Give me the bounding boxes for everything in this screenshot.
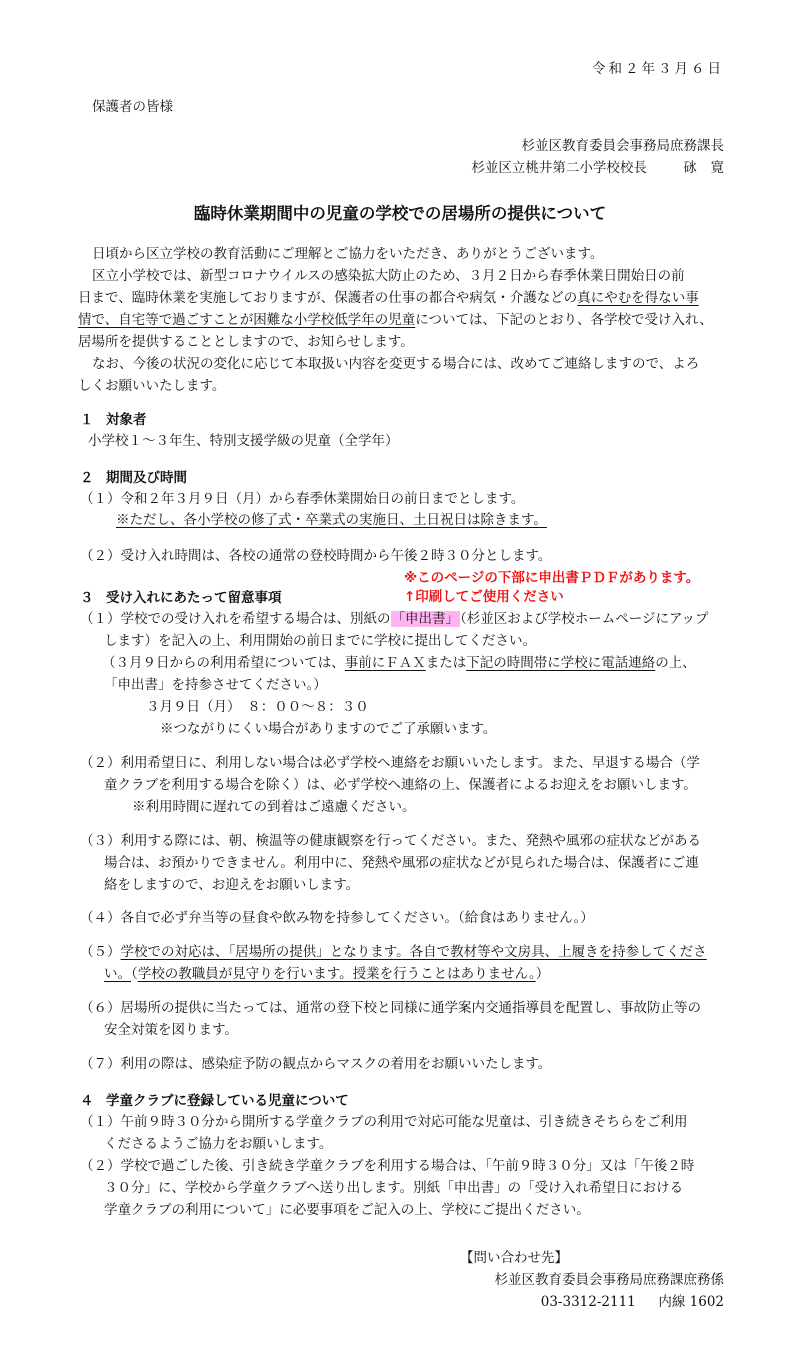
intro-paragraph-2-line-2: 日まで、臨時休業を実施しておりますが、保護者の仕事の都合や病気・介護などの真にや… (78, 287, 699, 309)
pdf-notice-line-2: ↑印刷してご使用ください (404, 586, 564, 608)
application-form-highlight: 「申出書」 (391, 611, 461, 627)
section-3-heading: ３受け入れにあたって留意事項 (80, 587, 282, 609)
section-title: 受け入れにあたって留意事項 (106, 590, 282, 606)
section-2-item-1-note: ※ただし、各小学校の修了式・卒業式の実施日、土日祝日は除きます。 (116, 509, 547, 531)
section-number: １ (80, 409, 106, 431)
item-underlined-text: い。 (104, 966, 131, 982)
section-number: ２ (80, 467, 106, 489)
section-3-item-6-line-1: （６）居場所の提供に当たっては、通常の登下校と同様に通学案内交通指導員を配置し、… (80, 997, 701, 1019)
fax-underline: 事前にＦＡＸ (345, 655, 426, 671)
contact-phone: 03-3312-2111 (541, 1294, 636, 1310)
section-3-item-5-line-1: （５）学校での対応は、「居場所の提供」となります。各自で教材等や文房具、上履きを… (80, 941, 707, 963)
section-title: 学童クラブに登録している児童について (106, 1093, 349, 1109)
intro-underlined-text: 情で、自宅等で過ごすことが困難な小学校低学年の児童 (78, 312, 415, 328)
section-3-item-2-line-2: 童クラブを利用する場合を除く）は、必ず学校へ連絡の上、保護者によるお迎えをお願い… (104, 774, 697, 796)
section-3-item-5-line-2: い。（学校の教職員が見守りを行います。授業を行うことはありません。） (104, 963, 549, 985)
intro-paragraph-2-line-3: 情で、自宅等で過ごすことが困難な小学校低学年の児童については、下記のとおり、各学… (78, 309, 713, 331)
section-2-heading: ２期間及び時間 (80, 467, 187, 489)
section-3-item-3-line-2: 場合は、お預かりできません。利用中に、発熱や風邪の症状などが見られた場合は、保護… (104, 852, 699, 874)
phone-contact-time: ３月９日（月） ８：００～８：３０ (146, 696, 369, 718)
section-3-item-4: （４）各自で必ず弁当等の昼食や飲み物を持参してください。（給食はありません。） (80, 907, 594, 929)
addressee: 保護者の皆様 (92, 96, 173, 118)
item-text: （３月９日からの利用希望については、 (102, 655, 345, 671)
phone-contact-note: ※つながりにくい場合がありますのでご了承願います。 (160, 718, 496, 740)
item-text: （杉並区および学校ホームページにアップ (460, 611, 709, 627)
contact-organization: 杉並区教育委員会事務局庶務課庶務係 (495, 1269, 725, 1291)
section-title: 期間及び時間 (106, 470, 187, 486)
section-number: ４ (80, 1090, 106, 1112)
section-3-item-1-line-4: 「申出書」を持参させてください。） (104, 674, 327, 696)
intro-text: については、下記のとおり、各学校で受け入れ、 (415, 312, 713, 328)
sender-line-2: 杉並区立桃井第二小学校校長 砯 寛 (471, 157, 724, 179)
section-4-item-2-line-2: ３０分」に、学校から学童クラブへ送り出します。別紙「申出書」の「受け入れ希望日に… (104, 1177, 683, 1199)
sender-line-1: 杉並区教育委員会事務局庶務課長 (522, 135, 725, 157)
section-number: ３ (80, 587, 106, 609)
intro-paragraph-2-line-4: 居場所を提供することとしますので、お知らせします。 (78, 331, 414, 353)
section-1-heading: １対象者 (80, 409, 147, 431)
intro-underlined-text: 真にやむを得ない事 (577, 290, 699, 306)
phone-underline: 下記の時間帯に学校に電話連絡 (466, 655, 655, 671)
section-title: 対象者 (106, 412, 147, 428)
item-underlined-text: 学校での対応は、「居場所の提供」となります。各自で教材等や文房具、上履きを持参し… (121, 944, 707, 960)
section-3-item-3-line-3: 絡をしますので、お迎えをお願いします。 (104, 874, 359, 896)
section-1-body: 小学校１～３年生、特別支援学級の児童（全学年） (88, 430, 399, 452)
intro-paragraph-2-line-1: 区立小学校では、新型コロナウイルスの感染拡大防止のため、３月２日から春季休業日開… (92, 265, 685, 287)
section-4-item-1-line-1: （１）午前９時３０分から開所する学童クラブの利用で対応可能な児童は、引き続きそち… (80, 1111, 688, 1133)
sender-title: 杉並区立桃井第二小学校校長 (471, 160, 647, 176)
contact-extension: 内線 1602 (658, 1294, 724, 1310)
section-4-heading: ４学童クラブに登録している児童について (80, 1090, 349, 1112)
item-text: または (426, 655, 467, 671)
sender-name: 砯 寛 (684, 160, 725, 176)
contact-phone-line: 03-3312-2111 内線 1602 (541, 1291, 724, 1313)
item-text: の上、 (655, 655, 696, 671)
section-3-item-1-line-3: （３月９日からの利用希望については、事前にＦＡＸまたは下記の時間帯に学校に電話連… (102, 652, 696, 674)
section-3-item-1-line-1: （１）学校での受け入れを希望する場合は、別紙の「申出書」（杉並区および学校ホーム… (80, 608, 709, 630)
item-underlined-text: 学校の教職員が見守りを行います。授業を行うことはありません。 (138, 966, 536, 982)
section-3-item-2-note: ※利用時間に遅れての到着はご遠慮ください。 (132, 796, 416, 818)
intro-paragraph-3-line-1: なお、今後の状況の変化に応じて本取扱い内容を変更する場合には、改めてご連絡します… (92, 353, 699, 375)
paren: ） (536, 966, 550, 982)
document-title: 臨時休業期間中の児童の学校での居場所の提供について (0, 203, 800, 225)
item-number: （５） (80, 944, 121, 960)
contact-label: 【問い合わせ先】 (460, 1247, 568, 1269)
intro-text: 日まで、臨時休業を実施しておりますが、保護者の仕事の都合や病気・介護などの (78, 290, 577, 306)
paren: （ (131, 966, 138, 982)
section-3-item-2-line-1: （２）利用希望日に、利用しない場合は必ず学校へ連絡をお願いいたします。また、早退… (80, 752, 700, 774)
item-text: （１）学校での受け入れを希望する場合は、別紙の (80, 611, 391, 627)
document-date: 令和２年３月６日 (592, 58, 724, 80)
intro-paragraph-1: 日頃から区立学校の教育活動にご理解とご協力をいただき、ありがとうございます。 (92, 243, 603, 265)
section-3-item-7: （７）利用の際は、感染症予防の観点からマスクの着用をお願いいたします。 (80, 1053, 551, 1075)
section-2-item-2: （２）受け入れ時間は、各校の通常の登校時間から午後２時３０分とします。 (80, 545, 551, 567)
section-3-item-3-line-1: （３）利用する際には、朝、検温等の健康観察を行ってください。また、発熱や風邪の症… (80, 830, 701, 852)
section-4-item-1-line-2: くださるようご協力をお願いします。 (104, 1133, 332, 1155)
section-4-item-2-line-3: 学童クラブの利用について」に必要事項をご記入の上、学校にご提出ください。 (104, 1199, 590, 1221)
section-2-item-1: （１）令和２年３月９日（月）から春季休業開始日の前日までとします。 (80, 488, 524, 510)
section-4-item-2-line-1: （２）学校で過ごした後、引き続き学童クラブを利用する場合は、「午前９時３０分」又… (80, 1155, 694, 1177)
section-3-item-1-line-2: します）を記入の上、利用開始の前日までに学校に提出してください。 (104, 630, 536, 652)
section-3-item-6-line-2: 安全対策を図ります。 (104, 1019, 238, 1041)
intro-paragraph-3-line-2: しくお願いいたします。 (78, 375, 225, 397)
